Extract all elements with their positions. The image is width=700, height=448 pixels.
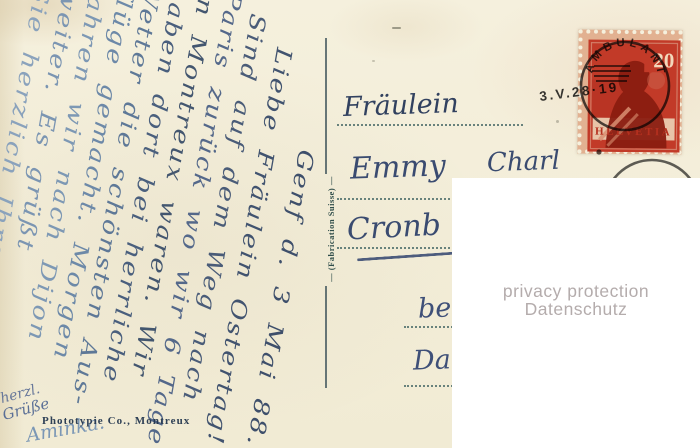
publisher-credit: Phototypie Co., Montreux bbox=[42, 415, 190, 427]
address-line5-fragment: Da bbox=[412, 344, 451, 376]
address-line-rule bbox=[337, 196, 457, 200]
address-line-rule bbox=[337, 122, 523, 126]
fabrication-suisse-label: — (Fabrication Suisse) — bbox=[326, 149, 336, 309]
ink-speck bbox=[556, 120, 559, 123]
address-line-rule bbox=[337, 245, 457, 249]
address-line4-fragment: be bbox=[417, 292, 451, 324]
postcard-back: Genf d. 3 Mai 88. Liebe Fräulein Osterta… bbox=[0, 0, 700, 448]
address-name: Emmy bbox=[349, 148, 446, 186]
postmark-date: 3.V.28·19 bbox=[539, 79, 620, 104]
privacy-overlay: privacy protection Datenschutz bbox=[452, 178, 700, 448]
address-line-rule bbox=[404, 324, 456, 328]
address-salutation: Fräulein bbox=[342, 88, 459, 123]
svg-text:AMBULANT: AMBULANT bbox=[583, 37, 667, 79]
address-town: Cronb bbox=[346, 208, 442, 248]
postmark-ink-dot bbox=[596, 149, 601, 154]
ink-speck bbox=[372, 60, 375, 62]
ink-speck bbox=[392, 27, 401, 29]
handwritten-underline bbox=[357, 252, 455, 262]
privacy-text-en: privacy protection bbox=[452, 282, 700, 300]
privacy-text-de: Datenschutz bbox=[452, 300, 700, 318]
postmark-town: AMBULANT bbox=[583, 37, 667, 79]
address-line-rule bbox=[404, 383, 456, 387]
